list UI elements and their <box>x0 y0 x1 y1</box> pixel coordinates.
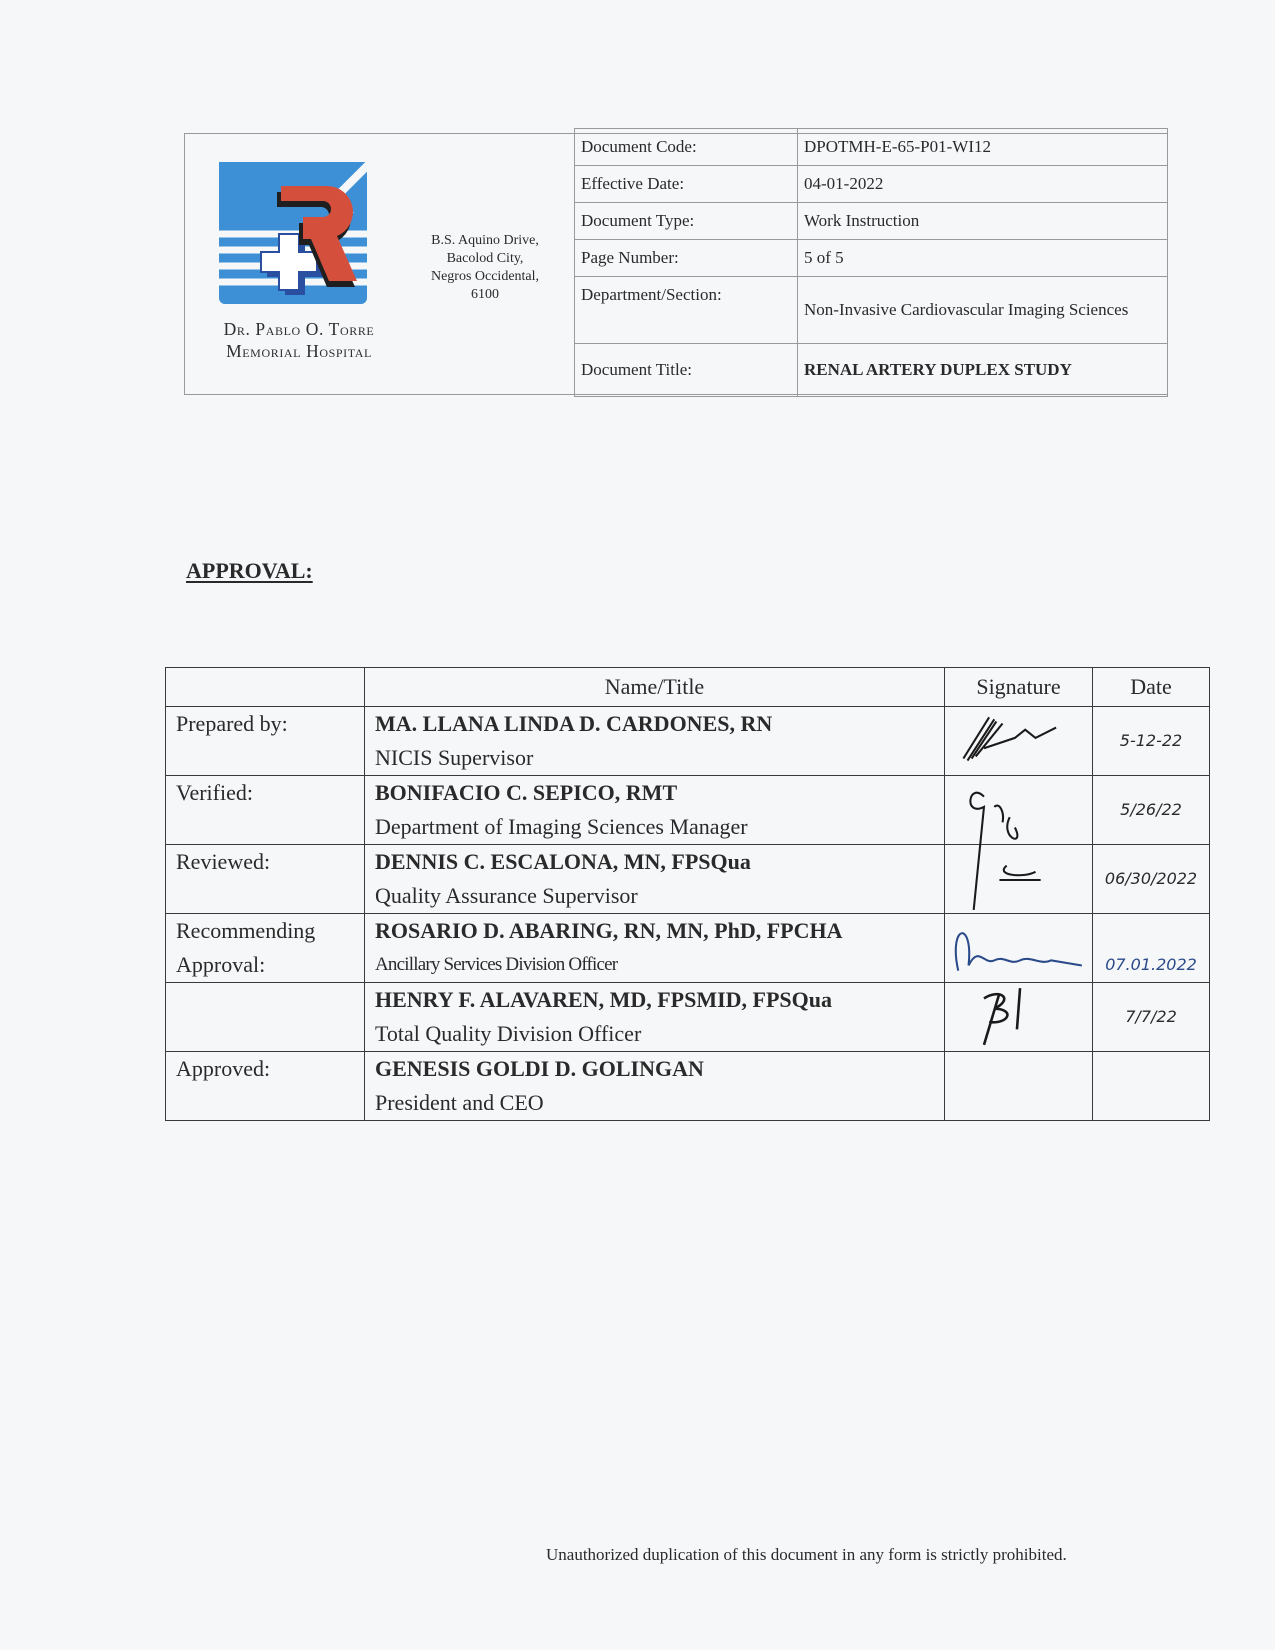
hospital-address: B.S. Aquino Drive, Bacolod City, Negros … <box>410 232 560 304</box>
approval-heading: APPROVAL: <box>186 558 313 584</box>
hospital-name: Dr. Pablo O. Torre Memorial Hospital <box>194 318 404 362</box>
signature-icon <box>945 983 1092 1051</box>
approval-row: Approved: GENESIS GOLDI D. GOLINGANPresi… <box>166 1052 1210 1121</box>
approval-row: Recommending Approval: ROSARIO D. ABARIN… <box>166 914 1210 983</box>
signature-icon <box>945 914 1092 982</box>
approval-row: Prepared by: MA. LLANA LINDA D. CARDONES… <box>166 707 1210 776</box>
approval-table: Name/Title Signature Date Prepared by: M… <box>165 667 1210 1121</box>
signature-cell <box>945 707 1093 776</box>
signature-cell <box>945 914 1093 983</box>
signature-cell <box>945 983 1093 1052</box>
meta-row-page: Page Number:5 of 5 <box>575 240 1168 277</box>
meta-row-effective-date: Effective Date:04-01-2022 <box>575 166 1168 203</box>
approval-row: HENRY F. ALAVAREN, MD, FPSMID, FPSQuaTot… <box>166 983 1210 1052</box>
footer-notice: Unauthorized duplication of this documen… <box>546 1545 1067 1565</box>
approval-row: Reviewed: DENNIS C. ESCALONA, MN, FPSQua… <box>166 845 1210 914</box>
signature-cell-empty <box>945 1052 1093 1121</box>
signature-icon <box>945 845 1092 913</box>
meta-row-type: Document Type:Work Instruction <box>575 203 1168 240</box>
hospital-logo-icon <box>219 162 379 324</box>
approval-row: Verified: BONIFACIO C. SEPICO, RMTDepart… <box>166 776 1210 845</box>
signature-icon <box>945 707 1092 775</box>
signature-cell <box>945 776 1093 845</box>
document-title: RENAL ARTERY DUPLEX STUDY <box>798 344 1168 397</box>
document-metadata-table: Document Code:DPOTMH-E-65-P01-WI12 Effec… <box>574 128 1168 397</box>
signature-icon <box>945 776 1092 844</box>
approval-header-row: Name/Title Signature Date <box>166 668 1210 707</box>
meta-row-code: Document Code:DPOTMH-E-65-P01-WI12 <box>575 129 1168 166</box>
meta-row-department: Department/Section:Non-Invasive Cardiova… <box>575 277 1168 344</box>
signature-cell <box>945 845 1093 914</box>
meta-row-title: Document Title:RENAL ARTERY DUPLEX STUDY <box>575 344 1168 397</box>
